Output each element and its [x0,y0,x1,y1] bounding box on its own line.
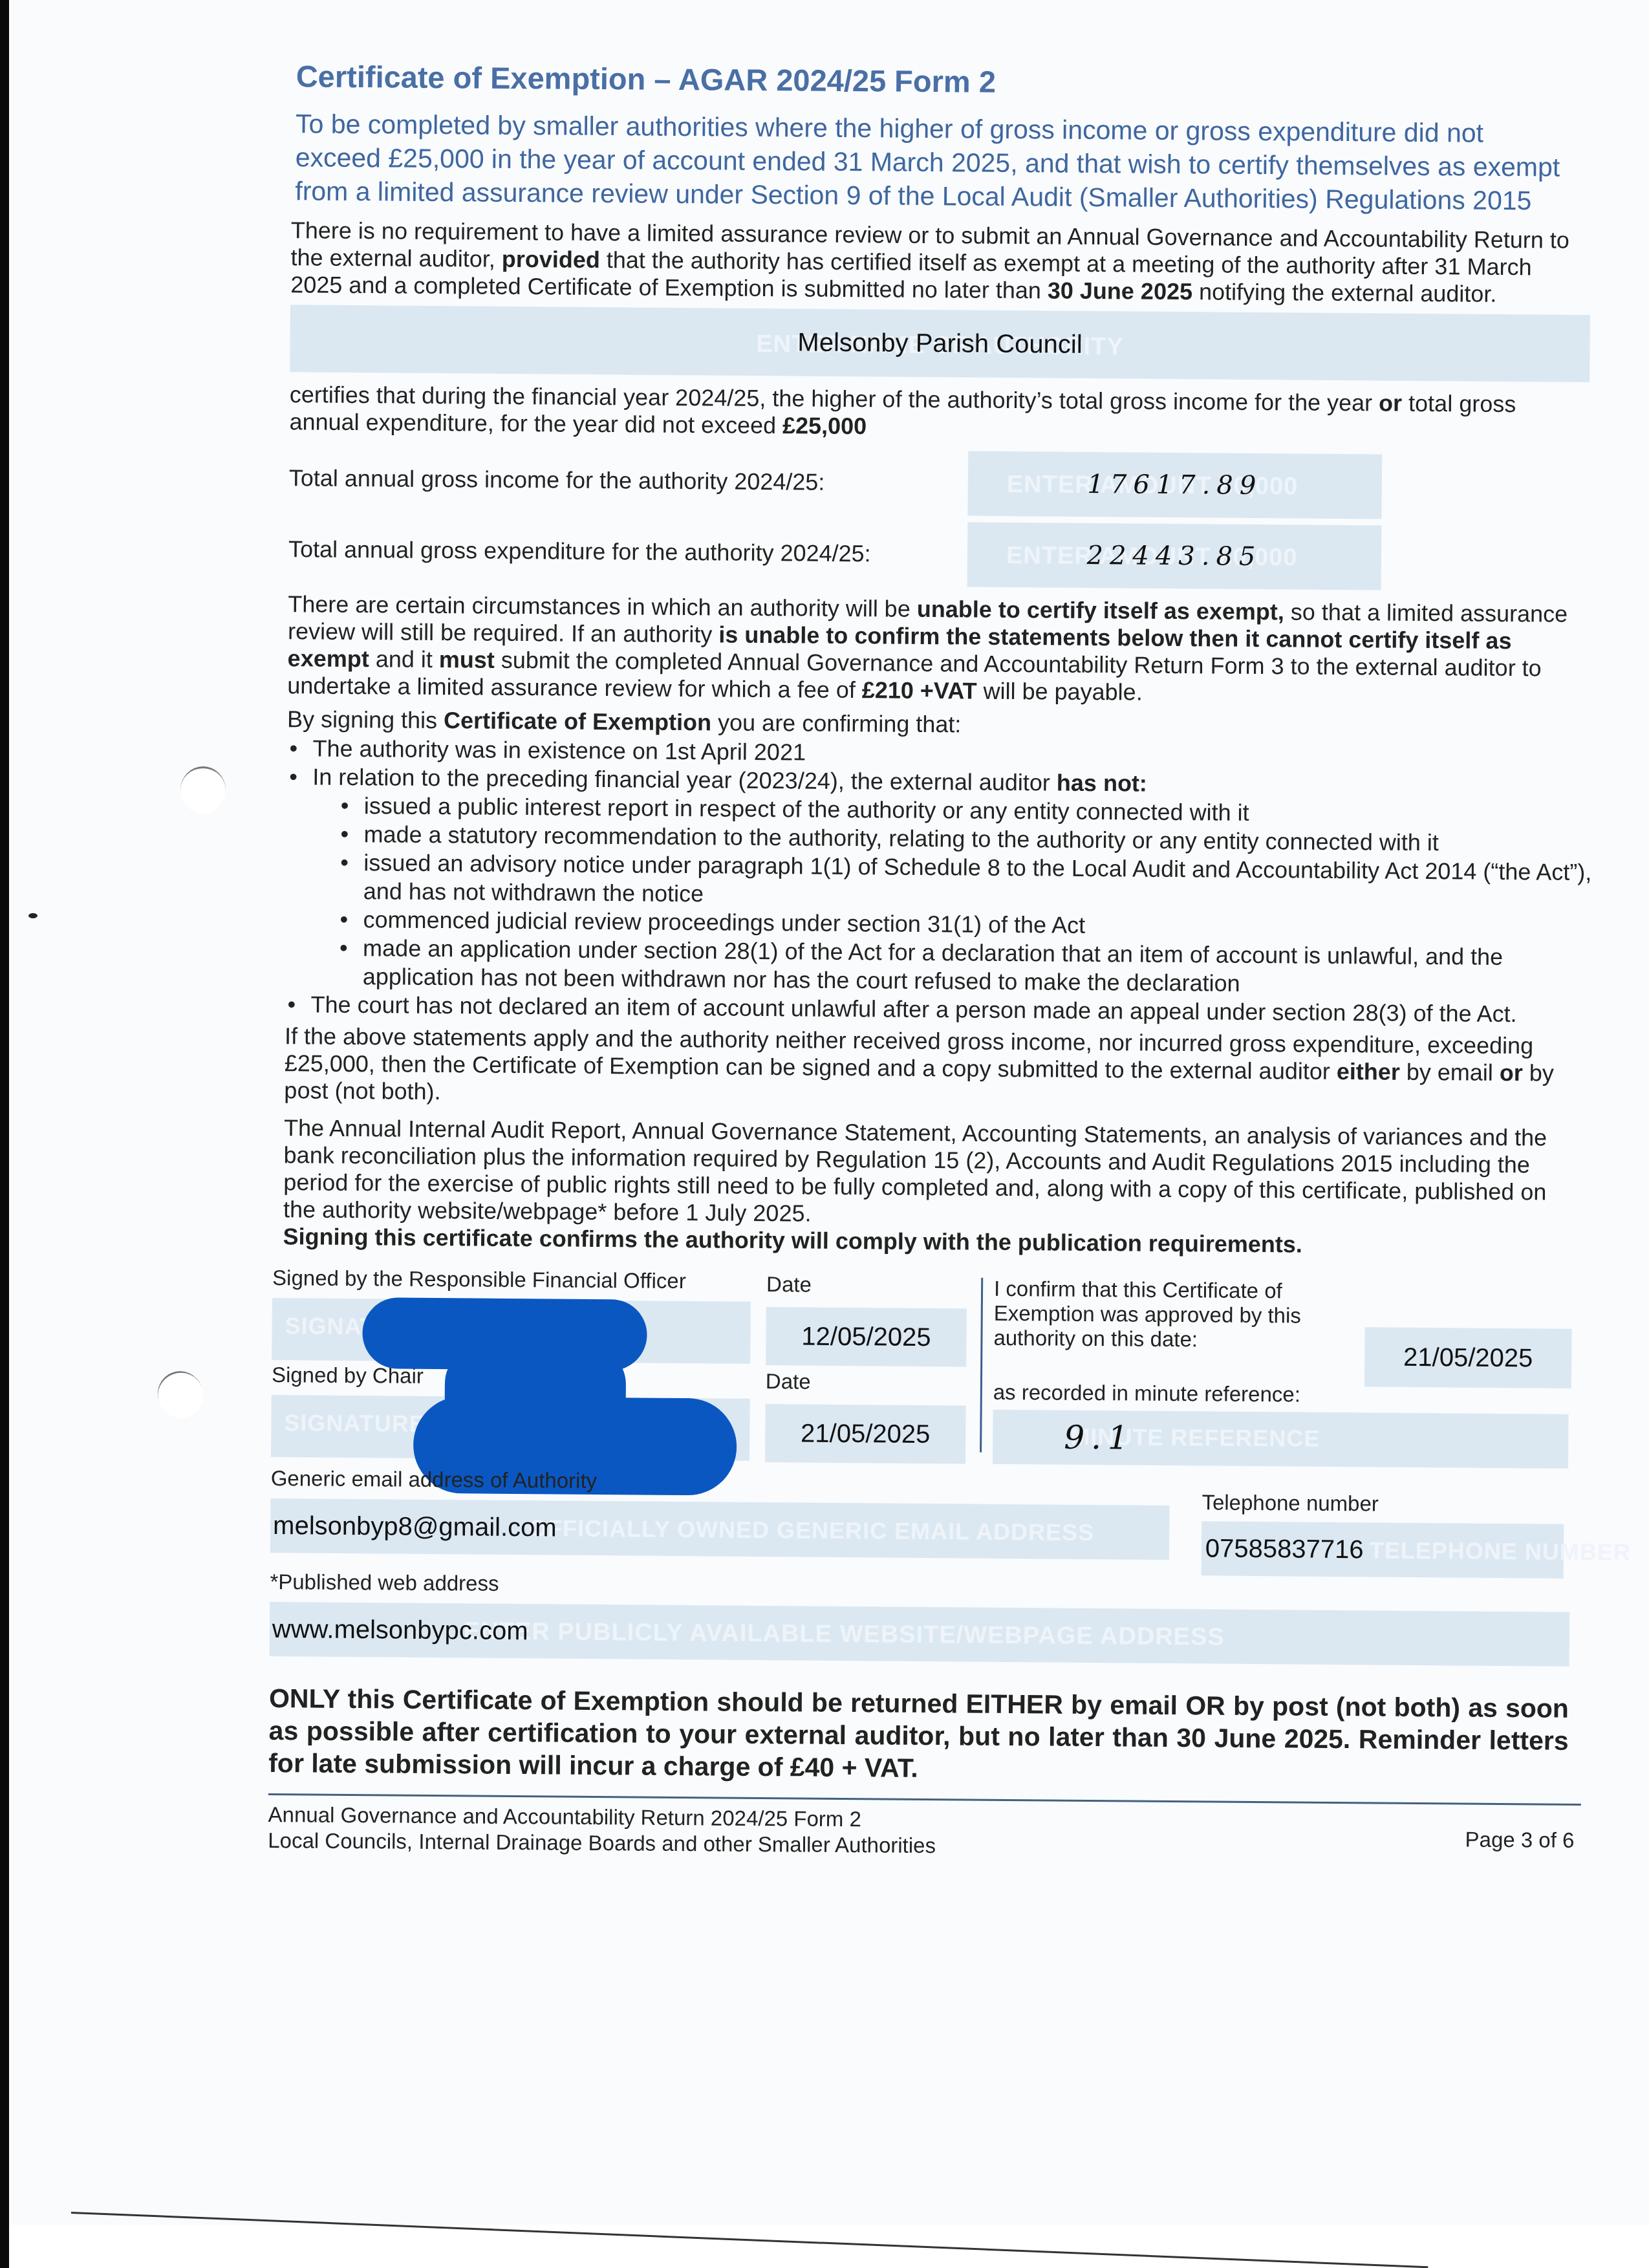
footer-subtitle: Local Councils, Internal Drainage Boards… [268,1828,936,1859]
approval-date-field[interactable]: 21/05/2025 [1364,1327,1572,1388]
web-address-field[interactable]: ENTER PUBLICLY AVAILABLE WEBSITE/WEBPAGE… [270,1602,1570,1667]
intro-text: To be completed by smaller authorities w… [295,107,1563,217]
email-field[interactable]: OFFICIALLY OWNED GENERIC EMAIL ADDRESS m… [270,1498,1170,1560]
expenditure-field[interactable]: ENTER AMOUNT £0,000 22443.85 [967,522,1382,590]
rfo-signature-label: Signed by the Responsible Financial Offi… [272,1266,686,1293]
expenditure-row: Total annual gross expenditure for the a… [288,515,1589,593]
minute-reference-label: as recorded in minute reference: [993,1380,1300,1407]
approval-date-value: 21/05/2025 [1403,1343,1533,1373]
expenditure-label: Total annual gross expenditure for the a… [288,535,967,568]
signature-section: Signed by the Responsible Financial Offi… [270,1266,1585,1638]
email-placeholder: OFFICIALLY OWNED GENERIC EMAIL ADDRESS [529,1515,1094,1546]
requirement-paragraph: There is no requirement to have a limite… [290,217,1578,308]
phone-label: Telephone number [1202,1490,1379,1516]
minute-reference-value: 9.1 [1064,1419,1135,1457]
income-field[interactable]: ENTER AMOUNT £0,000 17617.89 [967,451,1382,519]
web-address-label: *Published web address [270,1570,499,1596]
phone-value: 07585837716 [1205,1534,1364,1564]
auditor-sublist: issued a public interest report in respe… [311,792,1580,1000]
rfo-date-value: 12/05/2025 [801,1322,931,1352]
email-label: Generic email address of Authority [271,1466,598,1493]
rfo-date-field[interactable]: 12/05/2025 [766,1307,967,1366]
web-address-value: www.melsonbypc.com [272,1615,528,1646]
income-row: Total annual gross income for the author… [288,444,1589,522]
list-item: In relation to the preceding financial y… [285,762,1580,1000]
publication-paragraph: The Annual Internal Audit Report, Annual… [283,1114,1571,1260]
return-instructions: ONLY this Certificate of Exemption shoul… [268,1682,1569,1789]
submission-paragraph: If the above statements apply and the au… [284,1022,1571,1114]
document-page: Certificate of Exemption – AGAR 2024/25 … [9,0,1649,2225]
expenditure-value: 22443.85 [1086,541,1262,572]
scan-speck [28,913,38,918]
email-value: melsonbyp8@gmail.com [273,1511,557,1542]
phone-placeholder: TELEPHONE NUMBER [1370,1537,1631,1566]
section-divider [980,1278,983,1453]
punch-hole-mark [180,766,226,814]
punch-hole-mark [151,1365,210,1425]
income-value: 17617.89 [1087,470,1262,501]
rfo-date-label: Date [766,1272,812,1297]
certifies-paragraph: certifies that during the financial year… [289,381,1577,446]
list-item: made an application under section 28(1) … [337,934,1605,1000]
web-address-placeholder: ENTER PUBLICLY AVAILABLE WEBSITE/WEBPAGE… [464,1617,1225,1651]
list-item: issued an advisory notice under paragrap… [338,848,1606,915]
authority-name-value: Melsonby Parish Council [797,328,1083,359]
form-content: Certificate of Exemption – AGAR 2024/25 … [259,58,1592,1864]
chair-date-field[interactable]: 21/05/2025 [765,1404,966,1463]
confirmation-list: The authority was in existence on 1st Ap… [285,734,1586,1029]
page-footer: Annual Governance and Accountability Ret… [268,1802,1575,1864]
circumstances-paragraph: There are certain circumstances in which… [287,590,1575,709]
chair-date-value: 21/05/2025 [801,1419,931,1449]
chair-date-label: Date [766,1369,811,1394]
income-label: Total annual gross income for the author… [289,464,968,497]
approval-label: I confirm that this Certificate of Exemp… [993,1277,1330,1353]
phone-field[interactable]: TELEPHONE NUMBER 07585837716 [1202,1521,1564,1578]
authority-name-field[interactable]: ENTER NAME OF AUTHORITY Melsonby Parish … [290,305,1590,382]
scan-border-left [0,0,9,2268]
page-number: Page 3 of 6 [1465,1827,1574,1864]
page-title: Certificate of Exemption – AGAR 2024/25 … [296,58,1592,104]
minute-reference-field[interactable]: MINUTE REFERENCE 9.1 [993,1410,1569,1469]
